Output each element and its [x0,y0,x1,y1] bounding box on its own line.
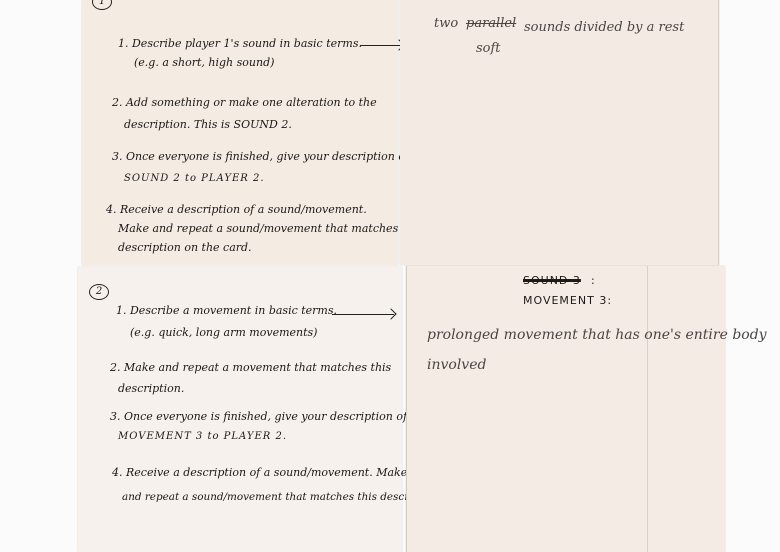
response-heading: MOVEMENT 3: [523,294,612,307]
step-1-line-2: (e.g. a short, high sound) [134,56,274,70]
step-1-line-1: 1. Describe player 1's sound in basic te… [118,37,362,51]
struck-heading-colon: : [591,274,596,287]
response-line-1: prolonged movement that has one's entire… [427,328,767,342]
card-number-badge: 2 [89,284,109,300]
step-2-line-1: 2. Make and repeat a movement that match… [110,361,391,375]
step-4-line-2: and repeat a sound/movement that matches… [122,490,443,504]
sound-response-card: two parallel soft sounds divided by a re… [400,0,719,265]
movement-response-card: SOUND 3 : MOVEMENT 3: prolonged movement… [406,266,725,552]
step-3-line-2: SOUND 2 to PLAYER 2. [124,172,265,186]
step-1-line-1: 1. Describe a movement in basic terms. [116,304,337,318]
arrow-icon [332,314,394,315]
step-2-line-1: 2. Add something or make one alteration … [112,96,377,110]
arrow-icon [360,45,402,46]
struck-heading: SOUND 3 [523,274,581,287]
step-3-line-1: 3. Once everyone is finished, give your … [112,150,409,164]
response-text: sounds divided by a rest [524,21,684,35]
response-word-two: two [434,17,458,31]
paper-fold [647,266,648,552]
step-3-line-2: MOVEMENT 3 to PLAYER 2. [118,430,287,444]
step-4-line-1: 4. Receive a description of a sound/move… [106,203,367,217]
sound-instructions-card: 1 1. Describe player 1's sound in basic … [82,0,398,265]
movement-instructions-card: 2 1. Describe a movement in basic terms.… [78,267,402,552]
step-4-line-1: 4. Receive a description of a sound/move… [112,466,407,480]
response-line-2: involved [427,358,486,372]
step-4-line-3: description on the card. [118,241,252,255]
step-4-line-2: Make and repeat a sound/movement that ma… [118,222,420,236]
step-3-line-1: 3. Once everyone is finished, give your … [110,410,407,424]
inserted-word: soft [476,42,501,56]
step-1-line-2: (e.g. quick, long arm movements) [130,326,317,340]
struck-word: parallel [466,17,516,31]
step-2-line-2: description. This is SOUND 2. [124,118,292,132]
card-number-badge: 1 [92,0,112,10]
step-2-line-2: description. [118,382,184,396]
